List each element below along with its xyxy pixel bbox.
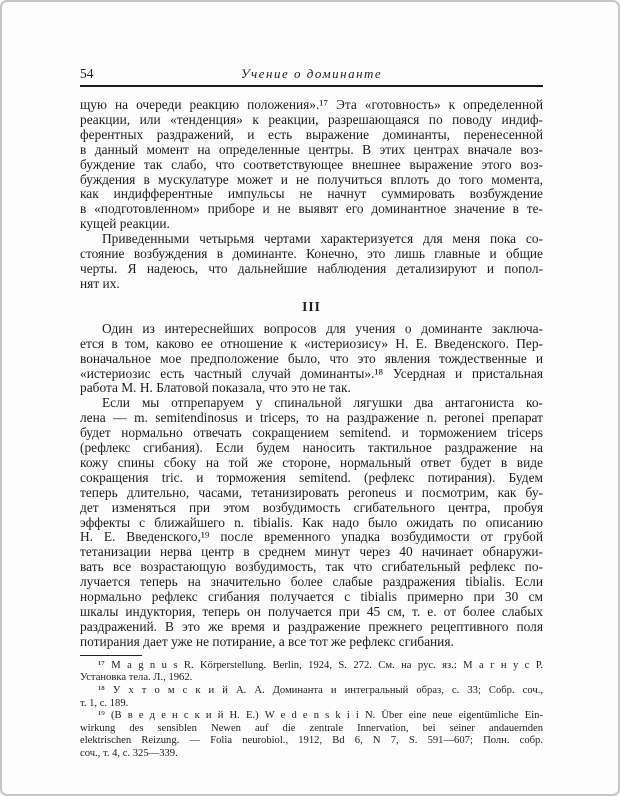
text-line: в данный момент на определенные центры. … (80, 143, 543, 158)
text-line: Н. Е. Введенского,¹⁹ после временного уп… (80, 530, 543, 545)
page-header: 54 Учение о доминанте (80, 64, 543, 82)
text-line: elektrischen Reizung. — Folia neurobiol.… (80, 735, 543, 748)
text-line: ¹⁸ У х т о м с к и й А. А. Доминанта и и… (80, 685, 543, 698)
text-line: Если мы отпрепаруем у спинальной лягушки… (80, 396, 543, 411)
footnotes-list: ¹⁷ M a g n u s R. Körperstellung. Berlin… (80, 660, 543, 761)
text-line: тетанизации нерва центр в среднем минут … (80, 545, 543, 560)
text-line: как индифферентные импульсы не начнут су… (80, 187, 543, 202)
text-line: в «подготовленном» приборе и не выявят е… (80, 202, 543, 217)
text-line: нят их. (80, 277, 543, 292)
paragraph: Приведенными четырьмя чертами характериз… (80, 232, 543, 292)
footnote: ¹⁹ (В в е д е н с к и й Н. Е.) W e d e n… (80, 710, 543, 760)
text-line: эффекты с ближайшего n. tibialis. Как на… (80, 516, 543, 531)
text-line: будет нормально отвечать сокращением sem… (80, 426, 543, 441)
text-line: буждение так слабо, что соответствующее … (80, 158, 543, 173)
text-line: (рефлекс сгибания). Если будем наносить … (80, 441, 543, 456)
text-line: раздражений. В это же время и раздражени… (80, 620, 543, 635)
text-line: ется в том, каково ее отношение к «истер… (80, 337, 543, 352)
text-line: теперь длительно, часами, тетанизировать… (80, 486, 543, 501)
text-line: лена — m. semitendinosus и triceps, то н… (80, 411, 543, 426)
page-content: 54 Учение о доминанте щую на очереди реа… (2, 2, 618, 760)
text-line: сокращения tric. и торможения semitend. … (80, 471, 543, 486)
footnote-rule (80, 655, 142, 656)
paragraph: щую на очереди реакцию положения».¹⁷ Эта… (80, 98, 543, 232)
text-line: кожу спины сбоку на той же стороне, норм… (80, 456, 543, 471)
text-line: Один из интереснейших вопросов для учени… (80, 322, 543, 337)
scanned-book-page: 54 Учение о доминанте щую на очереди реа… (0, 0, 620, 796)
text-line: Приведенными четырьмя чертами характериз… (80, 232, 543, 247)
text-line: щую на очереди реакцию положения».¹⁷ Эта… (80, 98, 543, 113)
text-line: стояние возбуждения в доминанте. Конечно… (80, 247, 543, 262)
text-line: ¹⁹ (В в е д е н с к и й Н. Е.) W e d e n… (80, 710, 543, 723)
paragraph: Один из интереснейших вопросов для учени… (80, 322, 543, 397)
text-line: ферентных раздражений, и есть выражение … (80, 128, 543, 143)
text-line: кущей реакции. (80, 217, 543, 232)
text-line: т. 1, с. 189. (80, 698, 543, 711)
page-body: щую на очереди реакцию положения».¹⁷ Эта… (80, 98, 543, 650)
text-line: черты. Я надеюсь, что дальнейшие наблюде… (80, 262, 543, 277)
header-rule (80, 85, 543, 87)
text-line: шкалы индуктория, теперь он получается п… (80, 605, 543, 620)
footnotes-section: ¹⁷ M a g n u s R. Körperstellung. Berlin… (80, 655, 543, 761)
text-line: работа М. Н. Блатовой показала, что это … (80, 381, 543, 396)
footnote: ¹⁷ M a g n u s R. Körperstellung. Berlin… (80, 660, 543, 685)
text-line: потирания дает уже не потирание, а все т… (80, 635, 543, 650)
text-line: нормально рефлекс сгибания получается с … (80, 590, 543, 605)
text-line: дет изменяться при этом возбудимость сги… (80, 501, 543, 516)
text-line: буждения в мускулатуре может и не получи… (80, 173, 543, 188)
text-line: реакции, или «тенденция» к реакции, разр… (80, 113, 543, 128)
running-head: Учение о доминанте (80, 66, 543, 82)
paragraph: Если мы отпрепаруем у спинальной лягушки… (80, 396, 543, 649)
footnote: ¹⁸ У х т о м с к и й А. А. Доминанта и и… (80, 685, 543, 710)
text-line: «истериозис есть частный случай доминант… (80, 367, 543, 382)
text-line: соч., т. 4, с. 325—339. (80, 748, 543, 761)
section-heading: III (80, 299, 543, 314)
text-line: воначальное мое предположение было, что … (80, 352, 543, 367)
text-line: лучается теперь на значительно более сла… (80, 575, 543, 590)
text-line: Установка тела. Л., 1962. (80, 672, 543, 685)
text-line: wirkung des sensiblen Newen auf die zent… (80, 723, 543, 736)
text-line: ¹⁷ M a g n u s R. Körperstellung. Berlin… (80, 660, 543, 673)
text-line: вать все возрастающую возбудимость, так … (80, 560, 543, 575)
